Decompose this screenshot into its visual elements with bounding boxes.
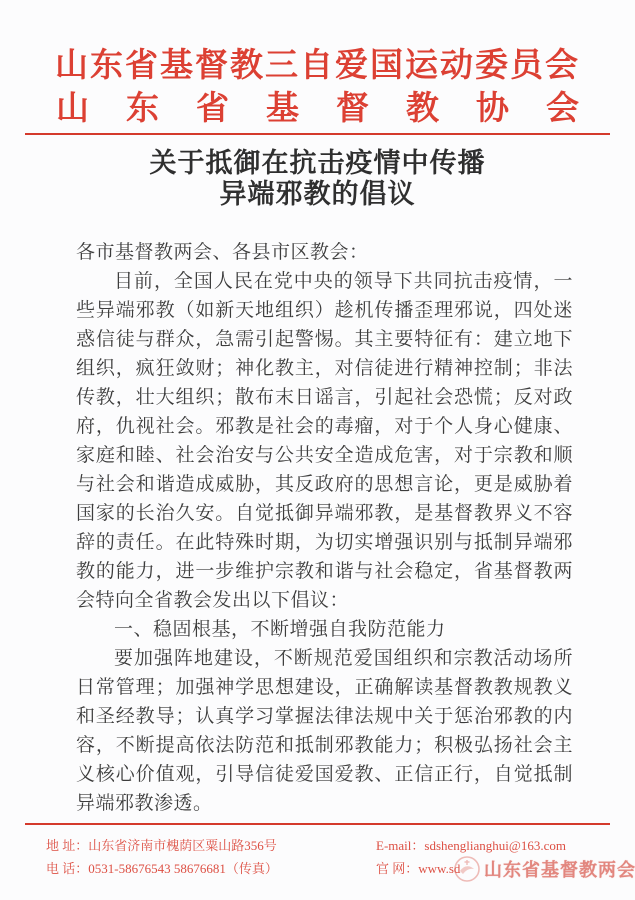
address-label: 地 址： — [46, 834, 88, 857]
body-paragraph: 目前，全国人民在党中央的领导下共同抗击疫情，一些异端邪教（如新天地组织）趁机传播… — [76, 267, 573, 615]
address-line: 地 址：山东省济南市槐荫区粟山路356号 — [46, 834, 376, 857]
document-title-line2: 异端邪教的倡议 — [0, 179, 635, 210]
email-value: sdshenglianghui@163.com — [424, 838, 566, 853]
website-value: www.sd — [418, 861, 460, 876]
email-label: E-mail： — [376, 834, 424, 857]
salutation: 各市基督教两会、各县市区教会： — [76, 238, 573, 267]
document-title-line1: 关于抵御在抗击疫情中传播 — [0, 148, 635, 179]
footer-right-column: E-mail：sdshenglianghui@163.com 官 网：www.s… — [376, 834, 621, 880]
phone-label: 电 话： — [46, 857, 88, 880]
website-label: 官 网： — [376, 857, 418, 880]
document-title: 关于抵御在抗击疫情中传播 异端邪教的倡议 — [0, 148, 635, 210]
footer-left-column: 地 址：山东省济南市槐荫区粟山路356号 电 话：0531-58676543 5… — [46, 834, 376, 880]
letterhead: 山东省基督教三自爱国运动委员会 山东省基督教协会 — [0, 0, 635, 135]
phone-value: 0531-58676543 58676681（传真） — [88, 861, 278, 876]
org-name-primary: 山东省基督教三自爱国运动委员会 — [0, 0, 635, 84]
footer-divider — [25, 823, 610, 825]
website-line: 官 网：www.sd — [376, 857, 621, 880]
phone-line: 电 话：0531-58676543 58676681（传真） — [46, 857, 376, 880]
document-body: 各市基督教两会、各县市区教会： 目前，全国人民在党中央的领导下共同抗击疫情，一些… — [76, 238, 573, 818]
section-heading: 一、稳固根基，不断增强自我防范能力 — [76, 615, 573, 644]
email-line: E-mail：sdshenglianghui@163.com — [376, 834, 621, 857]
footer-contact-block: 地 址：山东省济南市槐荫区粟山路356号 电 话：0531-58676543 5… — [46, 834, 621, 880]
address-value: 山东省济南市槐荫区粟山路356号 — [88, 838, 277, 853]
body-paragraph: 要加强阵地建设，不断规范爱国组织和宗教活动场所日常管理；加强神学思想建设，正确解… — [76, 644, 573, 818]
letterhead-divider — [25, 133, 610, 135]
document-page: 山东省基督教三自爱国运动委员会 山东省基督教协会 关于抵御在抗击疫情中传播 异端… — [0, 0, 635, 900]
org-name-secondary: 山东省基督教协会 — [0, 87, 635, 129]
